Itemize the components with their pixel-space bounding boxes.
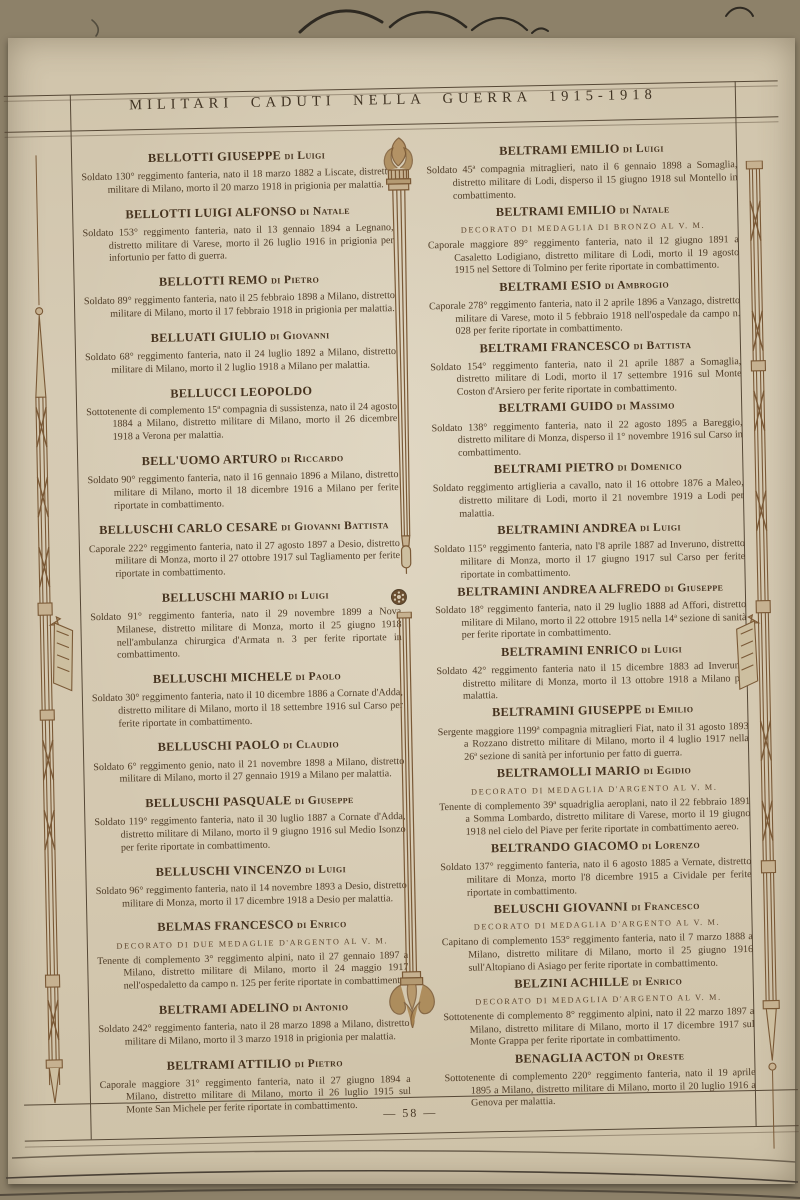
entry-heading: BELLUSCHI VINCENZO di Luigi: [95, 860, 406, 881]
torch-ornament: [375, 135, 430, 588]
entry-heading: BELUSCHI GIOVANNI di Francesco: [441, 897, 752, 918]
entry-body: Soldato reggimento artiglieria a cavallo…: [433, 477, 745, 521]
entry-body: Soldato 153° reggimento fanteria, nato i…: [82, 222, 394, 266]
entry-body: Soldato 30° reggimento fanteria, nato il…: [92, 687, 404, 731]
entry-filiation: di Claudio: [280, 739, 340, 752]
entry-filiation: di Oreste: [631, 1050, 685, 1063]
entry-name: BELLUSCHI CARLO CESARE: [99, 520, 278, 538]
entry-heading: BELLOTTI REMO di Pietro: [83, 270, 394, 291]
entry-body: Soldato 242° reggimento fanteria, nato i…: [98, 1018, 409, 1050]
entry-heading: BELLUSCHI PASQUALE di Giuseppe: [94, 791, 405, 812]
entry-name: BELTRAMI ATTILIO: [167, 1056, 292, 1073]
entry-body: Soldato 6° reggimento genio, nato il 21 …: [93, 756, 404, 788]
entry-body: Soldato 90° reggimento fanteria, nato il…: [87, 469, 399, 513]
entry-name: BELTRAMINI GIUSEPPE: [492, 703, 642, 720]
entry-name: BELLUSCHI PAOLO: [158, 738, 280, 754]
entry-body: Soldato 138° reggimento fanteria, nato i…: [431, 417, 743, 461]
entry-filiation: di Luigi: [281, 149, 325, 162]
memorial-entry: BELLUCCI LEOPOLDOSottotenente di complem…: [86, 382, 398, 445]
entry-heading: BELLUSCHI PAOLO di Claudio: [93, 735, 404, 756]
entry-heading: BELTRAMI PIETRO di Domenico: [432, 457, 743, 478]
entry-filiation: di Enrico: [294, 918, 347, 931]
entry-name: BELLUSCHI MICHELE: [153, 669, 293, 686]
entry-body: Caporale maggiore 89° reggimento fanteri…: [428, 234, 740, 278]
entry-body: Sottotenente di complemento 8° reggiment…: [443, 1006, 755, 1050]
entry-name: BELMAS FRANCESCO: [157, 918, 294, 935]
entry-filiation: di Enrico: [629, 975, 682, 988]
entry-decoration: DECORATO DI DUE MEDAGLIE D'ARGENTO AL V.…: [97, 935, 408, 950]
memorial-entry: BELLUSCHI MICHELE di PaoloSoldato 30° re…: [91, 667, 403, 732]
entry-heading: BELLOTTI LUIGI ALFONSO di Natale: [82, 202, 393, 223]
entry-filiation: di Paolo: [292, 670, 341, 683]
entry-heading: BELLUSCHI MARIO di Luigi: [90, 586, 401, 607]
entry-filiation: di Ambrogio: [601, 278, 669, 291]
entry-filiation: di Massimo: [613, 400, 675, 413]
memorial-entry: BELTRAMI ADELINO di AntonioSoldato 242° …: [98, 998, 410, 1050]
rosette-ornament: [390, 588, 408, 606]
entry-filiation: di Luigi: [620, 143, 664, 156]
entry-body: Soldato 68° reggimento fanteria, nato il…: [85, 346, 396, 378]
entry-filiation: di Luigi: [637, 521, 681, 534]
memorial-entry: BELTRAMOLLI MARIO di EgidioDECORATO DI M…: [438, 761, 750, 840]
entry-name: BELTRAMI FRANCESCO: [479, 338, 630, 355]
entry-heading: BELTRAMINI ENRICO di Luigi: [436, 640, 747, 661]
entry-name: BELLUSCHI VINCENZO: [156, 862, 303, 879]
entry-heading: BELTRANDO GIACOMO di Lorenzo: [440, 836, 751, 857]
entry-body: Soldato 96° reggimento fanteria, nato il…: [96, 880, 407, 912]
memorial-entry: BELTRAMI EMILIO di NataleDECORATO DI MED…: [427, 200, 739, 279]
entry-name: BELTRAMI EMILIO: [499, 142, 620, 158]
entry-filiation: di Luigi: [302, 863, 346, 876]
memorial-entry: BELUSCHI GIOVANNI di FrancescoDECORATO D…: [441, 897, 753, 976]
entry-heading: BELTRAMI EMILIO di Luigi: [426, 139, 737, 160]
memorial-entry: BELLOTTI REMO di PietroSoldato 89° reggi…: [83, 270, 395, 322]
entry-heading: BELL'UOMO ARTURO di Riccardo: [87, 449, 398, 470]
entry-name: BELTRAMINI ANDREA ALFREDO: [457, 581, 661, 599]
memorial-entry: BELZINI ACHILLE di EnricoDECORATO DI MED…: [443, 972, 755, 1051]
entry-body: Soldato 154° reggimento fanteria, nato i…: [430, 356, 742, 400]
entry-name: BELLUSCHI PASQUALE: [145, 793, 292, 810]
entry-name: BELTRAMI GUIDO: [498, 399, 613, 415]
entry-body: Caporale 222° reggimento fanteria, nato …: [89, 538, 401, 582]
entry-filiation: di Giuseppe: [291, 794, 353, 807]
entry-heading: BELTRAMI EMILIO di Natale: [427, 200, 738, 221]
entry-heading: BELTRAMI FRANCESCO di Battista: [430, 336, 741, 357]
entry-name: BELTRAMI EMILIO: [496, 202, 617, 218]
entry-heading: BELLUATI GIULIO di Giovanni: [85, 326, 396, 347]
entry-body: Sottotenente di complemento 15ª compagni…: [86, 401, 398, 445]
entry-heading: BELLUSCHI MICHELE di Paolo: [91, 667, 402, 688]
entry-body: Tenente di complemento 39ª squadriglia a…: [439, 796, 751, 840]
entry-name: BELTRAMINI ANDREA: [497, 520, 637, 537]
entry-body: Tenente di complemento 3° reggimento alp…: [97, 950, 409, 994]
entry-filiation: di Egidio: [640, 764, 691, 777]
entry-heading: BELTRAMINI GIUSEPPE di Emilio: [437, 701, 748, 722]
memorial-entry: BELTRAMINI ANDREA ALFREDO di GiuseppeSol…: [435, 579, 747, 644]
entry-name: BELTRANDO GIACOMO: [491, 838, 639, 855]
entry-filiation: di Giuseppe: [661, 581, 723, 594]
entry-name: BELLUCCI LEOPOLDO: [170, 383, 312, 400]
memorial-entry: BELMAS FRANCESCO di EnricoDECORATO DI DU…: [96, 915, 408, 994]
entry-filiation: di Natale: [297, 205, 351, 218]
entry-filiation: di Giovanni Battista: [278, 520, 389, 534]
entry-name: BELLOTTI GIUSEPPE: [148, 148, 281, 165]
entry-name: BELTRAMI ESIO: [499, 278, 601, 294]
entry-decoration: DECORATO DI MEDAGLIA D'ARGENTO AL V. M.: [441, 917, 752, 932]
memorial-entry: BELTRAMI GUIDO di MassimoSoldato 138° re…: [431, 396, 743, 461]
entry-heading: BENAGLIA ACTON di Oreste: [444, 1047, 755, 1068]
entry-heading: BELLOTTI GIUSEPPE di Luigi: [81, 146, 392, 167]
memorial-entry: BELTRAMINI GIUSEPPE di EmilioSergente ma…: [437, 701, 749, 766]
memorial-entry: BELLOTTI LUIGI ALFONSO di NataleSoldato …: [82, 202, 394, 267]
entry-name: BELLUSCHI MARIO: [162, 588, 285, 604]
memorial-entry: BELLUSCHI PAOLO di ClaudioSoldato 6° reg…: [93, 735, 405, 787]
entry-body: Soldato 130° reggimento fanteria, nato i…: [81, 166, 392, 198]
memorial-entry: BELLUATI GIULIO di GiovanniSoldato 68° r…: [85, 326, 397, 378]
entry-name: BELZINI ACHILLE: [514, 974, 629, 990]
entry-decoration: DECORATO DI MEDAGLIA D'ARGENTO AL V. M.: [439, 782, 750, 797]
entry-name: BELL'UOMO ARTURO: [142, 451, 278, 468]
entry-body: Capitano di complemento 153° reggimento …: [442, 931, 754, 975]
entry-heading: BELTRAMINI ANDREA ALFREDO di Giuseppe: [435, 579, 746, 600]
memorial-entry: BELLUSCHI MARIO di LuigiSoldato 91° regg…: [90, 586, 402, 663]
entry-filiation: di Antonio: [289, 1001, 348, 1014]
entry-name: BELTRAMOLLI MARIO: [497, 764, 641, 781]
memorial-entry: BELTRAMI EMILIO di LuigiSoldato 45ª comp…: [426, 139, 738, 204]
entry-filiation: di Pietro: [268, 274, 320, 287]
memorial-entry: BELLUSCHI VINCENZO di LuigiSoldato 96° r…: [95, 860, 407, 912]
entry-body: Soldato 119° reggimento fanteria, nato i…: [94, 811, 406, 855]
entry-heading: BELMAS FRANCESCO di Enrico: [96, 915, 407, 936]
entry-name: BELLUATI GIULIO: [151, 329, 267, 345]
entry-name: BELLOTTI LUIGI ALFONSO: [125, 204, 297, 221]
entry-filiation: di Riccardo: [278, 452, 344, 465]
entry-filiation: di Luigi: [285, 589, 329, 602]
entry-heading: BELZINI ACHILLE di Enrico: [443, 972, 754, 993]
entry-heading: BELLUSCHI CARLO CESARE di Giovanni Batti…: [88, 517, 399, 538]
entry-filiation: di Emilio: [642, 704, 694, 717]
entry-decoration: DECORATO DI MEDAGLIA DI BRONZO AL V. M.: [428, 220, 739, 235]
entry-filiation: di Giovanni: [267, 329, 330, 342]
entry-heading: BELTRAMOLLI MARIO di Egidio: [438, 761, 749, 782]
entry-body: Soldato 42° reggimento fanteria nato il …: [436, 660, 748, 704]
memorial-entry: BELLUSCHI PASQUALE di GiuseppeSoldato 11…: [94, 791, 406, 856]
memorial-entry: BELTRAMI FRANCESCO di BattistaSoldato 15…: [430, 336, 742, 401]
entry-name: BELTRAMI ADELINO: [159, 1000, 290, 1017]
entry-body: Sergente maggiore 1199ª compagnia mitrag…: [438, 721, 750, 765]
entry-name: BELTRAMINI ENRICO: [501, 642, 638, 659]
entry-body: Soldato 18° reggimento fanteria, nato il…: [435, 599, 747, 643]
memorial-entry: BELLOTTI GIUSEPPE di LuigiSoldato 130° r…: [81, 146, 393, 198]
entry-filiation: di Battista: [630, 339, 691, 352]
entry-filiation: di Francesco: [628, 900, 700, 913]
entry-filiation: di Natale: [616, 203, 670, 216]
entry-decoration: DECORATO DI MEDAGLIA D'ARGENTO AL V. M.: [443, 992, 754, 1007]
entry-heading: BELTRAMI ESIO di Ambrogio: [429, 275, 740, 296]
entry-name: BELUSCHI GIOVANNI: [494, 899, 629, 916]
memorial-entry: BELTRAMI PIETRO di DomenicoSoldato reggi…: [432, 457, 744, 522]
entry-filiation: di Domenico: [614, 460, 682, 473]
entry-heading: BELLUCCI LEOPOLDO: [86, 382, 397, 402]
entry-filiation: di Luigi: [638, 643, 682, 656]
memorial-entry: BELL'UOMO ARTURO di RiccardoSoldato 90° …: [87, 449, 399, 514]
entry-heading: BELTRAMI ADELINO di Antonio: [98, 998, 409, 1019]
memorial-entry: BELLUSCHI CARLO CESARE di Giovanni Batti…: [88, 517, 400, 582]
entry-body: Soldato 137° reggimento fanteria, nato i…: [440, 856, 752, 900]
entry-name: BELTRAMI PIETRO: [494, 460, 615, 476]
entry-filiation: di Lorenzo: [639, 839, 701, 852]
entry-body: Soldato 91° reggimento fanteria, nato il…: [90, 606, 402, 663]
entry-name: BELLOTTI REMO: [159, 273, 268, 289]
entry-heading: BELTRAMI GUIDO di Massimo: [431, 396, 742, 417]
column-ornament: [378, 611, 439, 1052]
entry-name: BENAGLIA ACTON: [515, 1049, 631, 1065]
entry-filiation: di Pietro: [291, 1057, 343, 1070]
entry-body: Soldato 45ª compagnia mitraglieri, nato …: [426, 159, 738, 203]
memorial-entry: BELTRAMI ESIO di AmbrogioCaporale 278° r…: [429, 275, 741, 340]
entry-body: Caporale 278° reggimento fanteria, nato …: [429, 295, 741, 339]
right-column: BELTRAMI EMILIO di LuigiSoldato 45ª comp…: [426, 139, 756, 1111]
book-page-scan: MILITARI CADUTI NELLA GUERRA 1915-1918 B…: [0, 0, 800, 1200]
printed-area: MILITARI CADUTI NELLA GUERRA 1915-1918 B…: [0, 0, 800, 1200]
left-column: BELLOTTI GIUSEPPE di LuigiSoldato 130° r…: [81, 146, 411, 1118]
entry-body: Soldato 115° reggimento fanteria, nato l…: [434, 538, 746, 582]
entry-body: Soldato 89° reggimento fanteria, nato il…: [84, 290, 395, 322]
entry-heading: BELTRAMI ATTILIO di Pietro: [99, 1053, 410, 1074]
fasces-spear-ornament: [5, 155, 84, 1108]
memorial-entry: BELTRAMINI ENRICO di LuigiSoldato 42° re…: [436, 640, 748, 705]
entry-heading: BELTRAMINI ANDREA di Luigi: [433, 518, 744, 539]
memorial-entry: BELTRAMINI ANDREA di LuigiSoldato 115° r…: [433, 518, 745, 583]
memorial-entry: BELTRANDO GIACOMO di LorenzoSoldato 137°…: [440, 836, 752, 901]
